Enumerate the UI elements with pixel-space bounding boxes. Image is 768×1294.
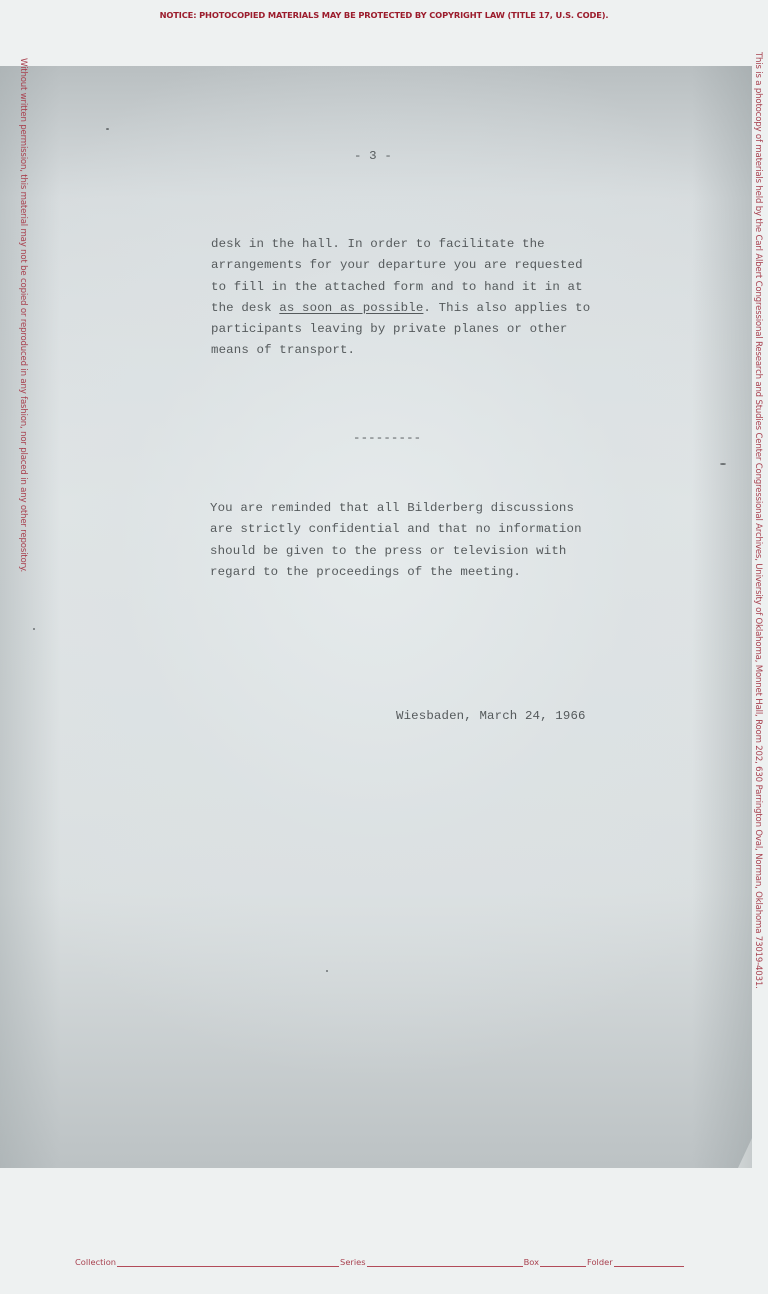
permission-disclaimer: Without written permission, this materia… [18,58,28,572]
dust-speck [326,970,328,972]
folder-label: Folder [587,1257,613,1267]
text-line: the desk as soon as possible. This also … [211,298,590,319]
dust-speck [33,628,35,630]
copyright-notice: NOTICE: PHOTOCOPIED MATERIALS MAY BE PRO… [0,10,768,20]
series-field[interactable] [367,1257,523,1267]
dust-speck [106,128,109,130]
page-number: - 3 - [354,146,392,167]
paragraph-confidentiality: You are reminded that all Bilderberg dis… [210,498,582,583]
paragraph-departure-instructions: desk in the hall. In order to facilitate… [211,234,590,362]
place-date-line: Wiesbaden, March 24, 1966 [396,706,586,727]
text-segment: the desk [211,301,279,315]
underlined-emphasis: as soon as possible [279,301,423,315]
text-line: participants leaving by private planes o… [211,319,590,340]
box-field[interactable] [540,1257,586,1267]
section-separator: --------- [353,428,421,449]
page-corner-fold [738,1138,752,1168]
text-line: regard to the proceedings of the meeting… [210,562,582,583]
collection-field[interactable] [117,1257,339,1267]
dust-speck [720,463,726,465]
scanned-page [0,66,752,1168]
folder-field[interactable] [614,1257,684,1267]
text-segment: . This also applies to [423,301,590,315]
text-line: should be given to the press or televisi… [210,541,582,562]
text-line: to fill in the attached form and to hand… [211,277,590,298]
text-line: You are reminded that all Bilderberg dis… [210,498,582,519]
text-line: means of transport. [211,340,590,361]
series-label: Series [340,1257,366,1267]
text-line: are strictly confidential and that no in… [210,519,582,540]
text-line: arrangements for your departure you are … [211,255,590,276]
archive-footer: Collection Series Box Folder [75,1257,685,1267]
collection-label: Collection [75,1257,116,1267]
text-line: desk in the hall. In order to facilitate… [211,234,590,255]
box-label: Box [524,1257,539,1267]
archive-attribution: This is a photocopy of materials held by… [753,52,763,989]
